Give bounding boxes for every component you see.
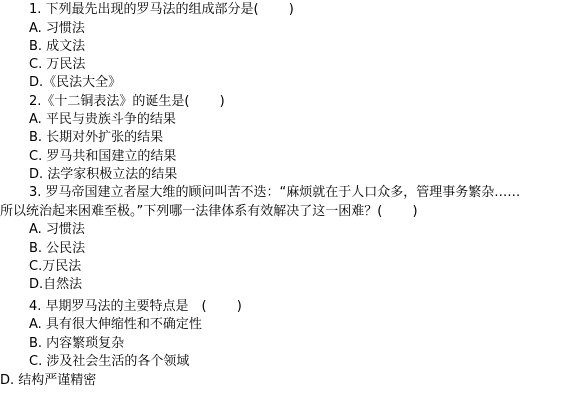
question-stem-line-2: 所以统治起来困难至极。”下列哪一法律体系有效解决了这一困难？( ) [0,203,418,221]
question-stem: 1. 下列最先出现的罗马法的组成部分是( ) [29,1,294,19]
question-stem: 2.《十二铜表法》的诞生是( ) [29,93,225,111]
option-a: A. 具有很大伸缩性和不确定性 [29,316,202,334]
option-d: D.自然法 [29,276,82,294]
option-c: C. 万民法 [29,56,85,74]
option-d: D. 结构严谨精密 [0,372,96,390]
option-b: B. 内容繁琐复杂 [29,335,124,353]
option-d: D.《民法大全》 [29,74,121,92]
option-c: C. 罗马共和国建立的结果 [29,148,176,166]
question-stem-line-1: 3. 罗马帝国建立者屋大维的顾问叫苦不迭：“麻烦就在于人口众多，管理事务繁杂…… [29,184,520,202]
option-b: B. 长期对外扩张的结果 [29,129,163,147]
option-c: C.万民法 [29,258,81,276]
option-d: D. 法学家积极立法的结果 [29,166,177,184]
option-a: A. 习惯法 [29,20,85,38]
option-c: C. 涉及社会生活的各个领域 [29,353,189,371]
option-a: A. 平民与贵族斗争的结果 [29,111,176,129]
option-a: A. 习惯法 [29,221,85,239]
option-b: B. 成文法 [29,38,85,56]
option-b: B. 公民法 [29,240,85,258]
question-stem: 4. 早期罗马法的主要特点是 ( ) [29,298,242,316]
